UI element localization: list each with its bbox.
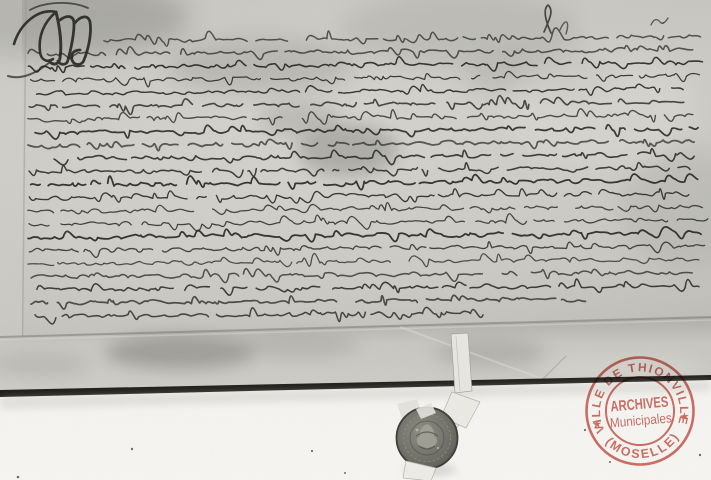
- left-margin: [0, 0, 22, 392]
- stamp-right-star-icon: ★: [679, 410, 690, 424]
- photo-svg: VILLE DE THIONVILLE (MOSELLE) ARCHIVES M…: [0, 0, 711, 480]
- charter-photograph: VILLE DE THIONVILLE (MOSELLE) ARCHIVES M…: [0, 0, 711, 480]
- stamp-left-star-icon: ★: [592, 417, 603, 431]
